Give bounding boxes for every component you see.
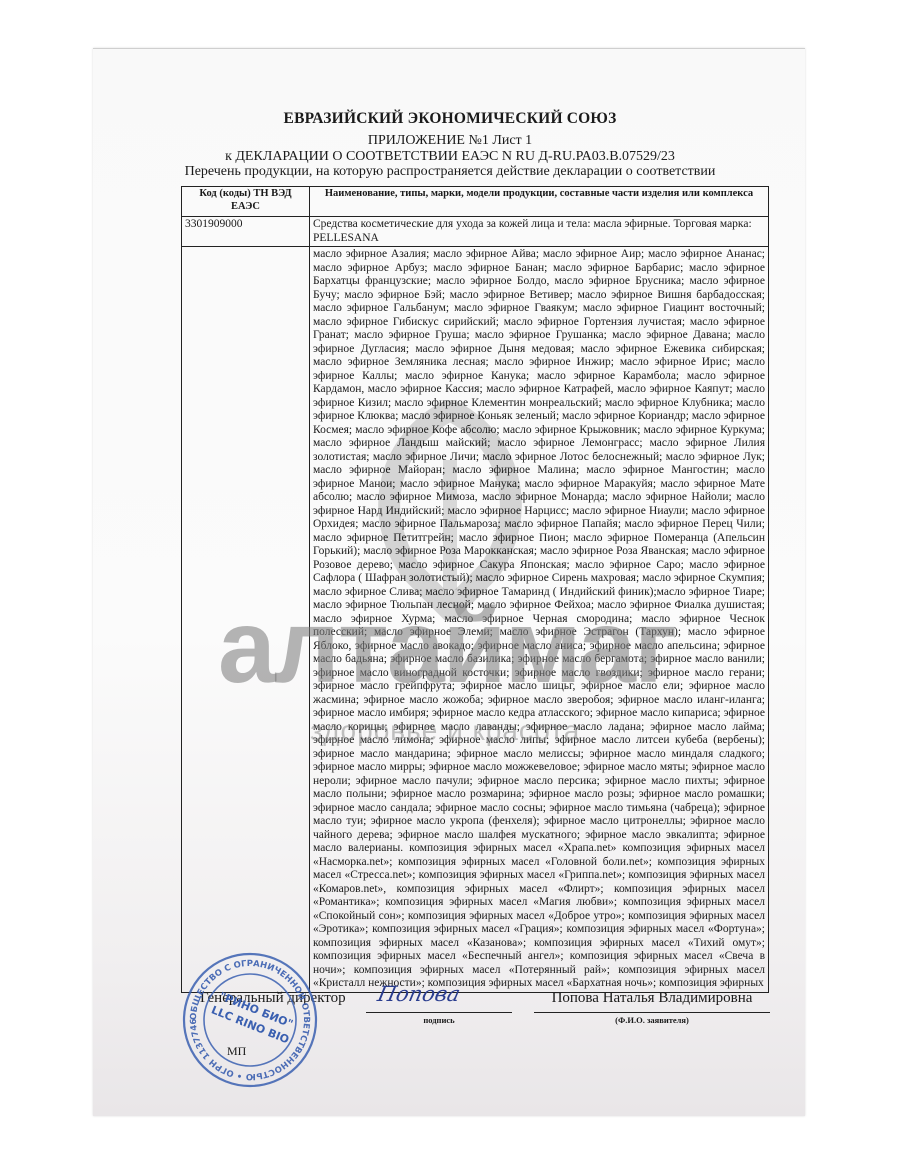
signature-caption: подпись xyxy=(366,1015,512,1025)
table-row: масло эфирное Азалия; масло эфирное Айва… xyxy=(182,247,769,993)
oil-list-text: масло эфирное Азалия; масло эфирное Айва… xyxy=(313,248,765,991)
signature-line xyxy=(366,1012,512,1013)
appendix-label: ПРИЛОЖЕНИЕ №1 Лист 1 xyxy=(0,133,900,149)
header-code: Код (коды) ТН ВЭД ЕАЭС xyxy=(182,187,310,217)
row-description: масло эфирное Азалия; масло эфирное Айва… xyxy=(310,247,769,993)
name-caption: (Ф.И.О. заявителя) xyxy=(534,1015,770,1025)
row-code: 3301909000 xyxy=(182,217,310,247)
product-table: Код (коды) ТН ВЭД ЕАЭС Наименование, тип… xyxy=(181,186,769,993)
union-title: ЕВРАЗИЙСКИЙ ЭКОНОМИЧЕСКИЙ СОЮЗ xyxy=(0,110,900,128)
name-line xyxy=(534,1012,770,1013)
signer-name: Попова Наталья Владимировна xyxy=(534,990,770,1007)
table-row: 3301909000 Средства косметические для ух… xyxy=(182,217,769,247)
row-description: Средства косметические для ухода за коже… xyxy=(310,217,769,247)
header-description: Наименование, типы, марки, модели продук… xyxy=(310,187,769,217)
handwritten-signature: Попова xyxy=(375,982,462,1006)
table-header-row: Код (коды) ТН ВЭД ЕАЭС Наименование, тип… xyxy=(182,187,769,217)
signer-role: Генеральный директор xyxy=(200,990,346,1007)
seal-mark: МП xyxy=(227,1044,246,1059)
row-code xyxy=(182,247,310,993)
product-list-subtitle: Перечень продукции, на которую распростр… xyxy=(0,164,900,180)
declaration-reference: к ДЕКЛАРАЦИИ О СООТВЕТСТВИИ ЕАЭС N RU Д-… xyxy=(0,149,900,165)
